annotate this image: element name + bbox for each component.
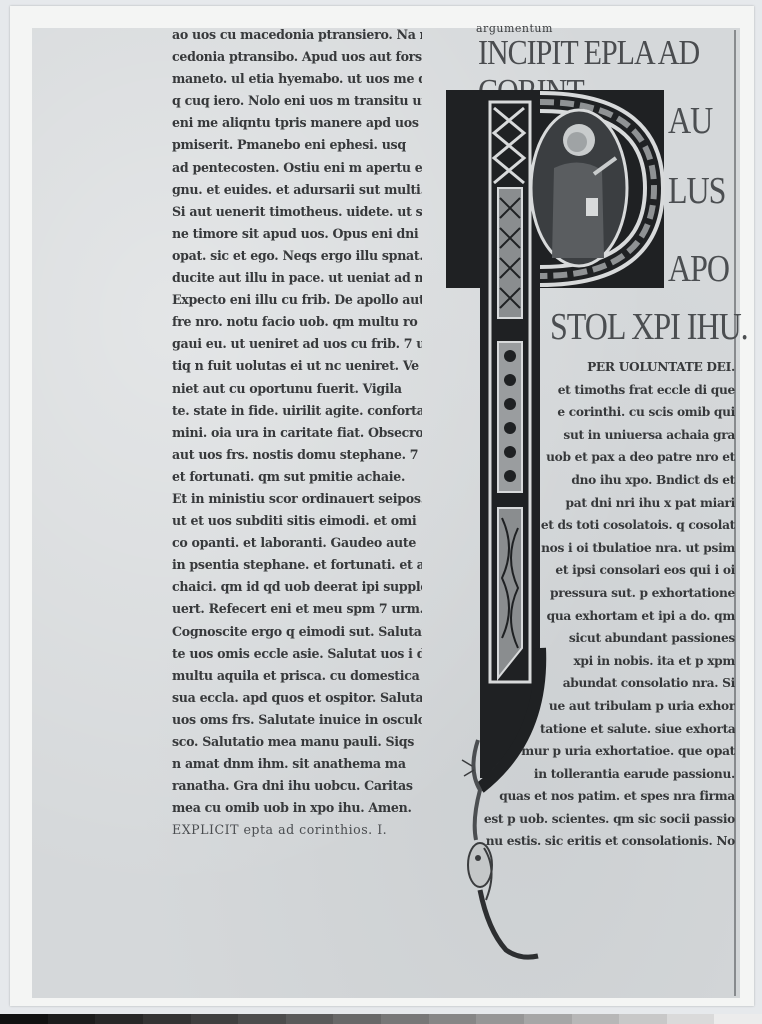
text-line: maneto. ul etia hyemabo. ut uos me deduc… (172, 68, 422, 90)
text-line: pressura sut. p exhortatione (540, 582, 735, 605)
text-line: xpi in nobis. ita et p xpm (540, 650, 735, 673)
gray-swatch (0, 1014, 48, 1024)
grayscale-calibration-bar (0, 1014, 762, 1024)
text-line: quas et nos patim. et spes nra firma (480, 785, 735, 808)
text-line: opat. sic et ego. Neqs ergo illu spnat. … (172, 245, 422, 267)
text-line: tatione et salute. siue exhorta (540, 718, 735, 741)
text-line: sicut abundant passiones (540, 627, 735, 650)
gray-swatch (143, 1014, 191, 1024)
text-line: qua exhortam et ipi a do. qm (540, 605, 735, 628)
text-line: in tollerantia earude passionu. (480, 763, 735, 786)
display-caps-stol-xpi-ihu: STOL XPI IHU. (550, 304, 748, 348)
text-line: Cognoscite ergo q eimodi sut. Salutat (172, 621, 422, 643)
text-line: Expecto eni illu cu frib. De apollo aut (172, 289, 422, 311)
text-line: te. state in fide. uirilit agite. confor… (172, 400, 422, 422)
explicit-line: EXPLICIT epta ad corinthios. I. (172, 819, 422, 841)
text-line: pat dni nri ihu x pat miari (540, 492, 735, 515)
text-line: nu estis. sic eritis et consolationis. N… (480, 830, 735, 853)
text-line: cedonia ptransibo. Apud uos aut forsita (172, 46, 422, 68)
gray-swatch (381, 1014, 429, 1024)
gray-swatch (572, 1014, 620, 1024)
text-line: n amat dnm ihm. sit anathema ma (172, 753, 422, 775)
text-line: gnu. et euides. et adursarii sut multi. (172, 179, 422, 201)
display-caps-apo: APO (668, 246, 729, 290)
gray-swatch (238, 1014, 286, 1024)
display-caps-lus: LUS (668, 168, 725, 212)
text-line: et fortunati. qm sut pmitie achaie. (172, 466, 422, 488)
text-line: nos i oi tbulatioe nra. ut psim (540, 537, 735, 560)
text-line: est p uob. scientes. qm sic socii passio (480, 808, 735, 831)
text-line: sut in uniuersa achaia gra (540, 424, 735, 447)
gray-swatch (524, 1014, 572, 1024)
text-line: ducite aut illu in pace. ut ueniat ad me… (172, 267, 422, 289)
text-line: q cuq iero. Nolo eni uos m transitu uide… (172, 90, 422, 112)
text-line: e corinthi. cu scis omib qui (540, 401, 735, 424)
text-line: dno ihu xpo. Bndict ds et (540, 469, 735, 492)
text-line: mini. oia ura in caritate fiat. Obsecro (172, 422, 422, 444)
text-line: uob et pax a deo patre nro et (540, 446, 735, 469)
text-line: pmiserit. Pmanebo eni ephesi. usq (172, 134, 422, 156)
text-line: ranatha. Gra dni ihu uobcu. Caritas (172, 775, 422, 797)
text-line: PER UOLUNTATE DEI. (540, 356, 735, 379)
text-line: chaici. qm id qd uob deerat ipi supple (172, 576, 422, 598)
text-line: ut et uos subditi sitis eimodi. et omi (172, 510, 422, 532)
text-line: niet aut cu oportunu fuerit. Vigila (172, 378, 422, 400)
text-line: fre nro. notu facio uob. qm multu ro (172, 311, 422, 333)
text-line: et timoths frat eccle di que (540, 379, 735, 402)
text-line: eni me aliqntu tpris manere apd uos si d… (172, 112, 422, 134)
display-caps-au: AU (668, 98, 712, 142)
text-line: uos oms frs. Salutate inuice in osculo (172, 709, 422, 731)
text-line: Et in ministiu scor ordinauert seipos. (172, 488, 422, 510)
text-line: et ipsi consolari eos qui i oi (540, 559, 735, 582)
right-text-column: PER UOLUNTATE DEI. et timoths frat eccle… (540, 356, 735, 853)
text-line: in psentia stephane. et fortunati. et a (172, 554, 422, 576)
text-line: te uos omis eccle asie. Salutat uos i dn… (172, 643, 422, 665)
text-line: aut uos frs. nostis domu stephane. 7 (172, 444, 422, 466)
gray-swatch (333, 1014, 381, 1024)
gray-swatch (667, 1014, 715, 1024)
text-line: abundat consolatio nra. Si (540, 672, 735, 695)
gray-swatch (95, 1014, 143, 1024)
text-line: co opanti. et laboranti. Gaudeo aute (172, 532, 422, 554)
text-line: tiq n fuit uolutas ei ut nc ueniret. Ve (172, 355, 422, 377)
text-line: uert. Refecert eni et meu spm 7 urm. (172, 598, 422, 620)
text-line: mea cu omib uob in xpo ihu. Amen. (172, 797, 422, 819)
text-line: ne timore sit apud uos. Opus eni dni (172, 223, 422, 245)
text-line: ao uos cu macedonia ptransiero. Na ma (172, 24, 422, 46)
gray-swatch (191, 1014, 239, 1024)
text-line: et ds toti cosolatois. q cosolat (540, 514, 735, 537)
gray-swatch (619, 1014, 667, 1024)
text-line: multu aquila et prisca. cu domestica (172, 665, 422, 687)
gray-swatch (286, 1014, 334, 1024)
left-text-column: ao uos cu macedonia ptransiero. Na ma ce… (172, 24, 422, 841)
text-line: ue aut tribulam p uria exhor (540, 695, 735, 718)
text-line: Si aut uenerit timotheus. uidete. ut si (172, 201, 422, 223)
text-line: sua eccla. apd quos et ospitor. Salutat (172, 687, 422, 709)
gray-swatch (714, 1014, 762, 1024)
gray-swatch (48, 1014, 96, 1024)
gray-swatch (476, 1014, 524, 1024)
text-line: ad pentecosten. Ostiu eni m apertu e ma (172, 157, 422, 179)
gray-swatch (429, 1014, 477, 1024)
text-line: sco. Salutatio mea manu pauli. Siqs (172, 731, 422, 753)
text-line: gaui eu. ut ueniret ad uos cu frib. 7 u (172, 333, 422, 355)
text-line: mur p uria exhortatioe. que opat (480, 740, 735, 763)
